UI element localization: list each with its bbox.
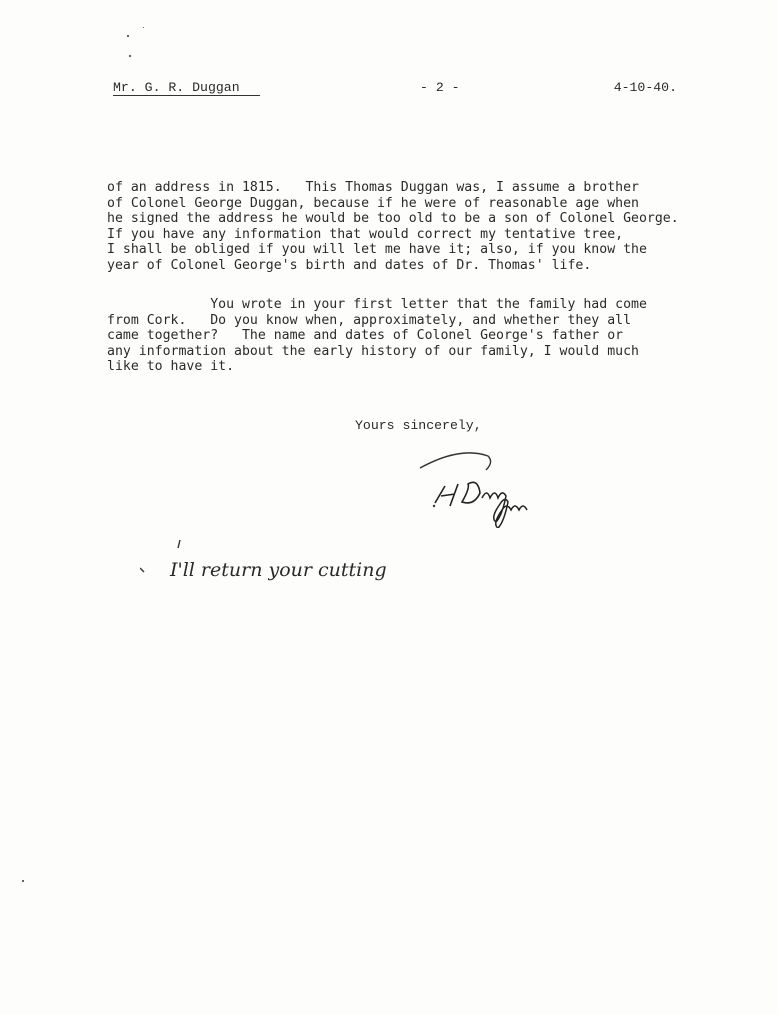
svg-text:I'll return your cutting: I'll return your cutting (169, 559, 387, 581)
body-paragraph-2: You wrote in your first letter that the … (107, 297, 647, 375)
handwritten-signature: H. Duggan (410, 448, 610, 528)
ink-speck (127, 35, 129, 37)
letter-header: Mr. G. R. Duggan - 2 - 4-10-40. (113, 80, 677, 100)
letter-date: 4-10-40. (614, 80, 677, 95)
recipient-name: Mr. G. R. Duggan (113, 80, 260, 96)
page-number: - 2 - (420, 80, 460, 95)
ink-speck (129, 55, 131, 57)
body-paragraph-1: of an address in 1815. This Thomas Dugga… (107, 180, 679, 274)
ink-speck (22, 880, 24, 882)
closing-salutation: Yours sincerely, (355, 418, 482, 433)
ink-speck (143, 27, 144, 28)
handwritten-note: I'll return your cutting (140, 536, 480, 596)
handwriting-icon: I'll return your cutting (140, 536, 480, 596)
